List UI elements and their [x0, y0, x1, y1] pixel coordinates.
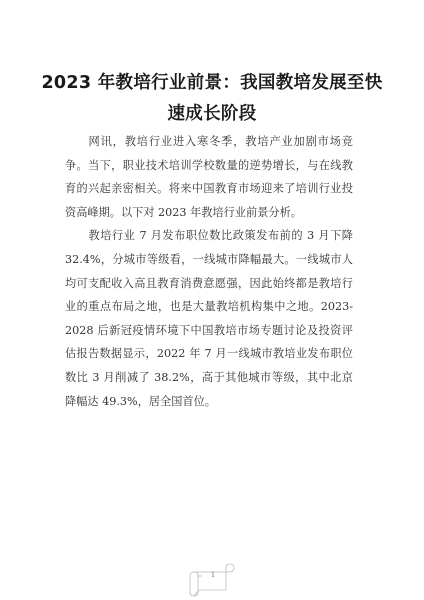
page-number: 1: [185, 571, 241, 579]
paragraph-1: 网讯，教培行业进入寒冬季，教培产业加剧市场竞争。当下，职业技术培训学校数量的逆势…: [65, 130, 353, 224]
scroll-icon: [185, 562, 241, 598]
document-body: 网讯，教培行业进入寒冬季，教培产业加剧市场竞争。当下，职业技术培训学校数量的逆势…: [65, 130, 353, 413]
page-footer: 1: [185, 562, 241, 598]
paragraph-2: 教培行业 7 月发布职位数比政策发布前的 3 月下降 32.4%，分城市等级看，…: [65, 224, 353, 413]
document-title: 2023 年教培行业前景：我国教培发展至快速成长阶段: [40, 68, 384, 130]
